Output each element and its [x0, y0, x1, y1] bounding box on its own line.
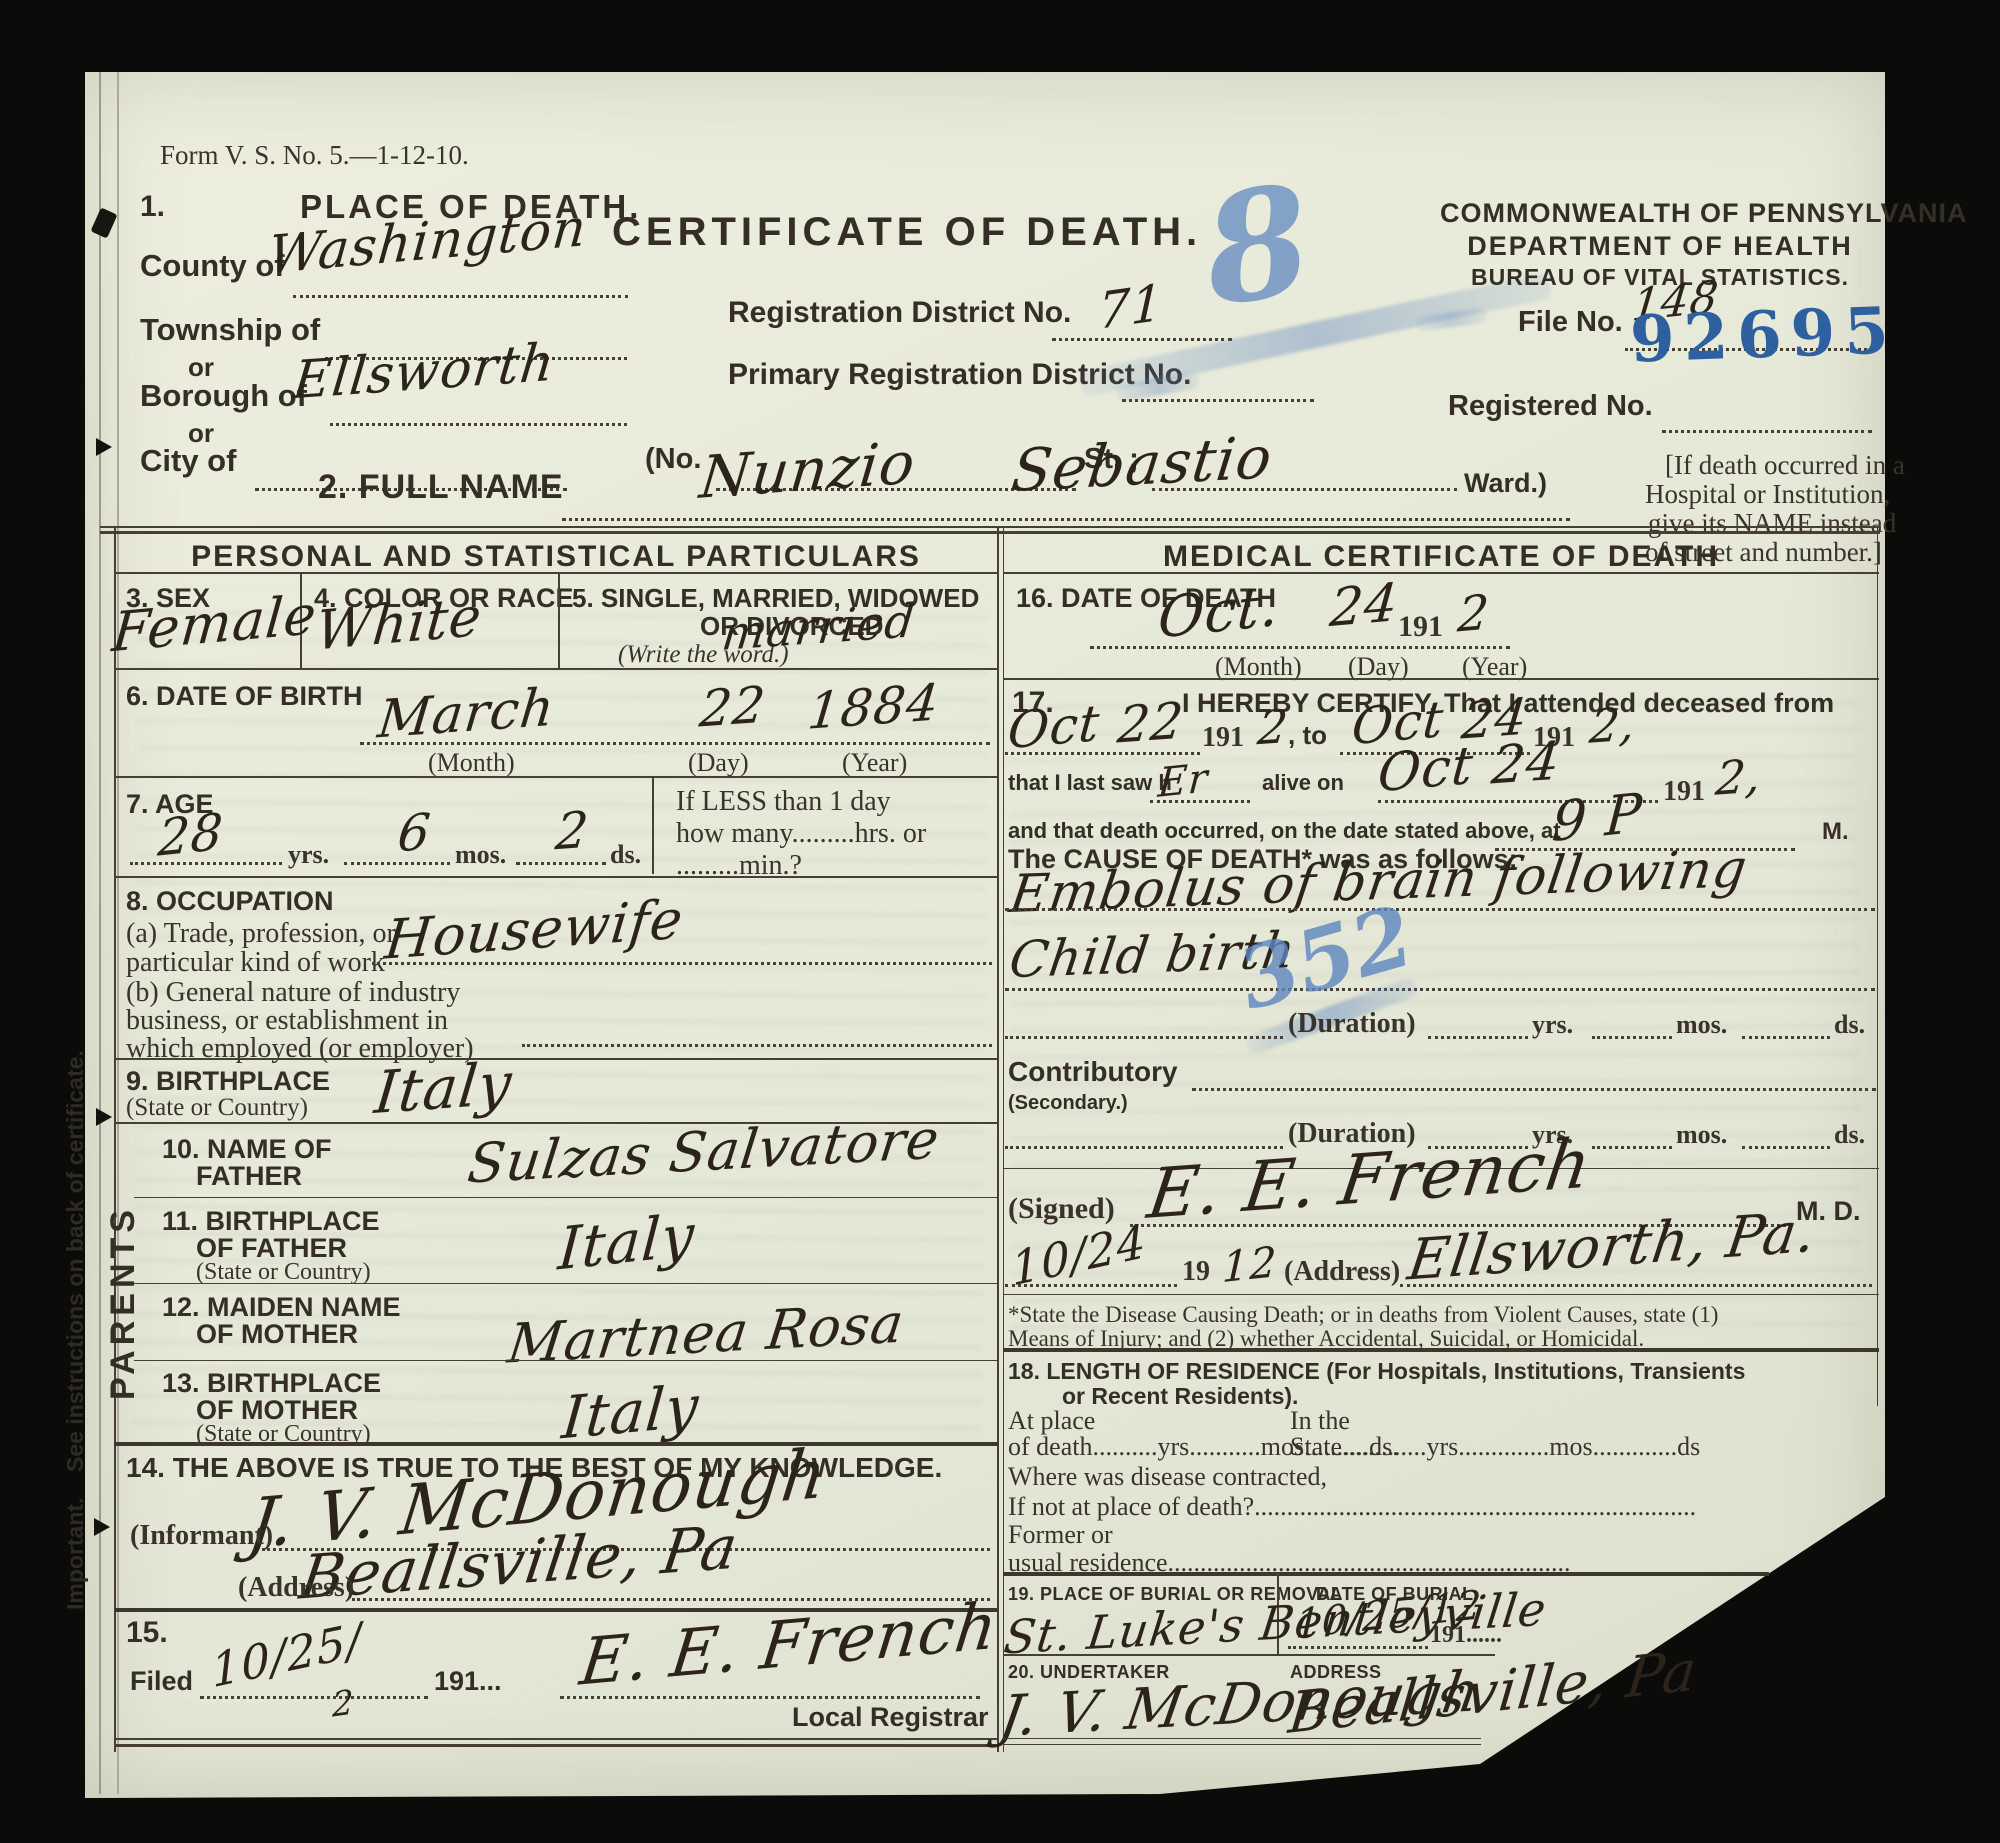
rule	[114, 876, 998, 878]
file-no-label: File No.	[1518, 306, 1623, 339]
cell-divider	[558, 572, 560, 668]
in-state-blanks: State.............yrs..............mos..…	[1290, 1432, 1700, 1462]
dotted-line	[1288, 1646, 1428, 1649]
filed-year-printed: 191...	[434, 1666, 502, 1697]
rule	[114, 1744, 998, 1747]
dotted-line	[1742, 1036, 1830, 1039]
contributory-label: Contributory	[1008, 1056, 1178, 1088]
day-caption: (Day)	[688, 748, 749, 778]
parents-vertical-label: PARENTS	[104, 1180, 143, 1400]
city-label: City of	[140, 443, 236, 479]
street-no-label: (No.	[645, 443, 701, 476]
less-than-day-line: If LESS than 1 day	[676, 786, 891, 818]
birthplace-value: Italy	[372, 1049, 516, 1127]
ds-caption: ds.	[1834, 1010, 1865, 1040]
year-printed: 191	[1663, 776, 1705, 808]
state-country-caption: (State or Country)	[126, 1094, 308, 1122]
rule	[1003, 572, 1879, 574]
address-caption: (Address)	[238, 1572, 354, 1604]
signed-caption: (Signed)	[1008, 1192, 1115, 1226]
scanned-death-certificate: { "doc": { "margin_note": "Important. Se…	[0, 0, 2000, 1843]
dotted-line	[562, 518, 1570, 521]
rule	[1003, 1654, 1495, 1656]
mos-caption: mos.	[1676, 1120, 1727, 1150]
column-divider	[1003, 526, 1004, 1752]
dotted-line	[330, 423, 627, 426]
death-occurred-line: and that death occurred, on the date sta…	[1008, 818, 1561, 844]
rule	[1003, 678, 1879, 680]
former-residence-label: Former or	[1008, 1520, 1113, 1550]
rule	[100, 531, 1880, 534]
personal-section-title: PERSONAL AND STATISTICAL PARTICULARS	[116, 540, 996, 574]
hospital-note-line: give its NAME instead	[1648, 508, 1896, 539]
filed-label: Filed	[130, 1666, 193, 1697]
dotted-line	[1005, 988, 1875, 991]
right-border	[1877, 526, 1878, 1406]
dotted-line	[1400, 1284, 1872, 1287]
age-days-value: 2	[553, 801, 592, 862]
dotted-line	[522, 1044, 992, 1047]
attended-from-day: 22	[1115, 691, 1187, 754]
dob-label: 6. DATE OF BIRTH	[126, 681, 363, 712]
certificate-title: CERTIFICATE OF DEATH.	[612, 210, 1202, 255]
dotted-line	[344, 862, 450, 865]
heavy-rule	[114, 1442, 998, 1446]
item1-number: 1.	[140, 190, 165, 224]
month-caption: (Month)	[428, 748, 515, 778]
year-printed: 191	[1398, 610, 1443, 644]
dotted-line	[1428, 1036, 1528, 1039]
rule	[134, 1197, 998, 1198]
dotted-line	[1192, 1088, 1876, 1091]
dotted-line	[516, 862, 606, 865]
rule	[114, 668, 998, 670]
tear-mark	[96, 1108, 112, 1126]
dotted-line	[1742, 1146, 1830, 1149]
less-than-day-line: how many.........hrs. or	[676, 818, 926, 850]
ward-label: Ward.)	[1464, 468, 1547, 499]
filed-date-suffix: 2	[332, 1682, 354, 1726]
local-registrar-caption: Local Registrar	[792, 1702, 989, 1733]
occupation-a-line: (a) Trade, profession, or	[126, 918, 396, 950]
page-edge-line	[117, 72, 119, 1794]
dob-year: 1884	[805, 673, 942, 741]
dotted-line	[1005, 752, 1200, 755]
contracted-line-2: If not at place of death?...............…	[1008, 1492, 1696, 1522]
item15-number: 15.	[126, 1616, 168, 1650]
father-name-label-2: FATHER	[196, 1161, 302, 1192]
form-number: Form V. S. No. 5.—1-12-10.	[160, 140, 469, 171]
birthplace-label: 9. BIRTHPLACE	[126, 1066, 330, 1097]
occupation-a-line: particular kind of work	[126, 947, 385, 979]
burial-year-printed: 191......	[1430, 1622, 1502, 1649]
dotted-line	[1090, 646, 1510, 649]
rule	[100, 526, 1880, 528]
margin-instruction: Important. See instructions on back of c…	[62, 680, 89, 1610]
date-of-death-day: 24	[1327, 573, 1400, 640]
contracted-line: Where was disease contracted,	[1008, 1462, 1327, 1492]
alive-on-label: alive on	[1262, 770, 1344, 796]
township-label: Township of	[140, 312, 320, 348]
alive-on-year-suffix: 2,	[1713, 748, 1765, 806]
year-caption: (Year)	[842, 748, 907, 778]
dotted-line	[1662, 430, 1872, 433]
registration-district-label: Registration District No.	[728, 296, 1071, 330]
dotted-line	[1122, 399, 1314, 402]
yrs-caption: yrs.	[1532, 1010, 1573, 1040]
to-word: , to	[1288, 720, 1327, 751]
heavy-rule	[1003, 1348, 1879, 1352]
rule	[1003, 1294, 1879, 1295]
full-name-label: 2. FULL NAME	[318, 468, 564, 507]
dotted-line	[200, 1696, 428, 1699]
dotted-line	[1052, 338, 1232, 341]
rule	[114, 1738, 998, 1740]
mos-caption: mos.	[455, 840, 506, 870]
medical-section-title: MEDICAL CERTIFICATE OF DEATH	[1003, 540, 1879, 574]
rule	[134, 1360, 998, 1361]
registration-district-value: 71	[1097, 273, 1164, 341]
residence-label-2: or Recent Residents).	[1062, 1383, 1298, 1410]
alive-on-day: 24	[1489, 731, 1563, 796]
dotted-line	[1005, 1284, 1177, 1287]
tear-mark	[94, 1518, 110, 1536]
full-name-last: Sebastio	[1008, 423, 1276, 505]
footnote-line: *State the Disease Causing Death; or in …	[1008, 1302, 1718, 1328]
attended-from-year-suffix: 2	[1255, 699, 1291, 756]
attended-from-month: Oct	[1006, 694, 1103, 761]
dotted-line	[372, 962, 992, 965]
duration-caption: (Duration)	[1288, 1008, 1416, 1040]
ds-caption: ds.	[1834, 1120, 1865, 1150]
column-divider	[997, 526, 999, 1752]
dotted-line	[1592, 1146, 1672, 1149]
rule	[114, 1058, 998, 1060]
alive-on-month: Oct	[1376, 735, 1477, 804]
dotted-line	[560, 1696, 980, 1699]
county-label: County of	[140, 248, 285, 284]
heavy-rule	[1003, 1572, 1769, 1576]
dotted-line	[293, 295, 628, 298]
hospital-note-line: Hospital or Institution,	[1645, 479, 1890, 510]
mother-name-label-2: OF MOTHER	[196, 1319, 358, 1350]
mother-birthplace-value: Italy	[559, 1372, 702, 1453]
tear-mark	[96, 438, 112, 456]
left-border	[114, 526, 116, 1752]
year-printed: 191	[1202, 722, 1244, 754]
dob-month: March	[375, 678, 558, 751]
commonwealth-line: COMMONWEALTH OF PENNSYLVANIA	[1440, 198, 1880, 229]
age-months-value: 6	[395, 803, 434, 864]
age-years-value: 28	[156, 802, 225, 868]
cell-divider	[652, 776, 654, 874]
rule	[1003, 1744, 1481, 1745]
hospital-note-line: [If death occurred in a	[1665, 450, 1905, 481]
mos-caption: mos.	[1676, 1010, 1727, 1040]
department-line: DEPARTMENT OF HEALTH	[1440, 231, 1880, 262]
dotted-line	[1005, 908, 1875, 911]
dotted-line	[130, 862, 282, 865]
state-country-caption: (State or Country)	[196, 1259, 371, 1286]
last-saw-line: that I last saw h	[1008, 770, 1172, 796]
ds-caption: ds.	[610, 840, 641, 870]
informant-caption: (Informant)	[130, 1520, 273, 1552]
dotted-line	[1005, 1036, 1283, 1039]
attended-to-year-suffix: 2,	[1587, 696, 1639, 754]
secondary-caption: (Secondary.)	[1008, 1092, 1128, 1115]
rule	[114, 776, 998, 778]
residence-label: 18. LENGTH OF RESIDENCE (For Hospitals, …	[1008, 1358, 1745, 1385]
rule	[114, 572, 998, 574]
signed-year-printed: 19	[1182, 1256, 1210, 1288]
dotted-line	[360, 742, 990, 745]
occupation-label: 8. OCCUPATION	[126, 886, 334, 917]
file-no-stamp: 92695	[1629, 293, 1899, 377]
registered-no-label: Registered No.	[1448, 390, 1653, 423]
dotted-line	[1592, 1036, 1672, 1039]
meridiem-caption: M.	[1822, 818, 1849, 846]
borough-label: Borough of	[140, 378, 307, 414]
dotted-line	[1150, 800, 1250, 803]
address-caption: (Address)	[1284, 1256, 1400, 1288]
dob-day: 22	[697, 675, 769, 738]
signed-year-suffix: 12	[1221, 1237, 1278, 1292]
date-of-death-month: Oct.	[1156, 573, 1282, 652]
rule	[1003, 1738, 1481, 1739]
yrs-caption: yrs.	[288, 840, 329, 870]
rule	[134, 1283, 998, 1284]
date-of-death-year-suffix: 2	[1456, 584, 1492, 643]
